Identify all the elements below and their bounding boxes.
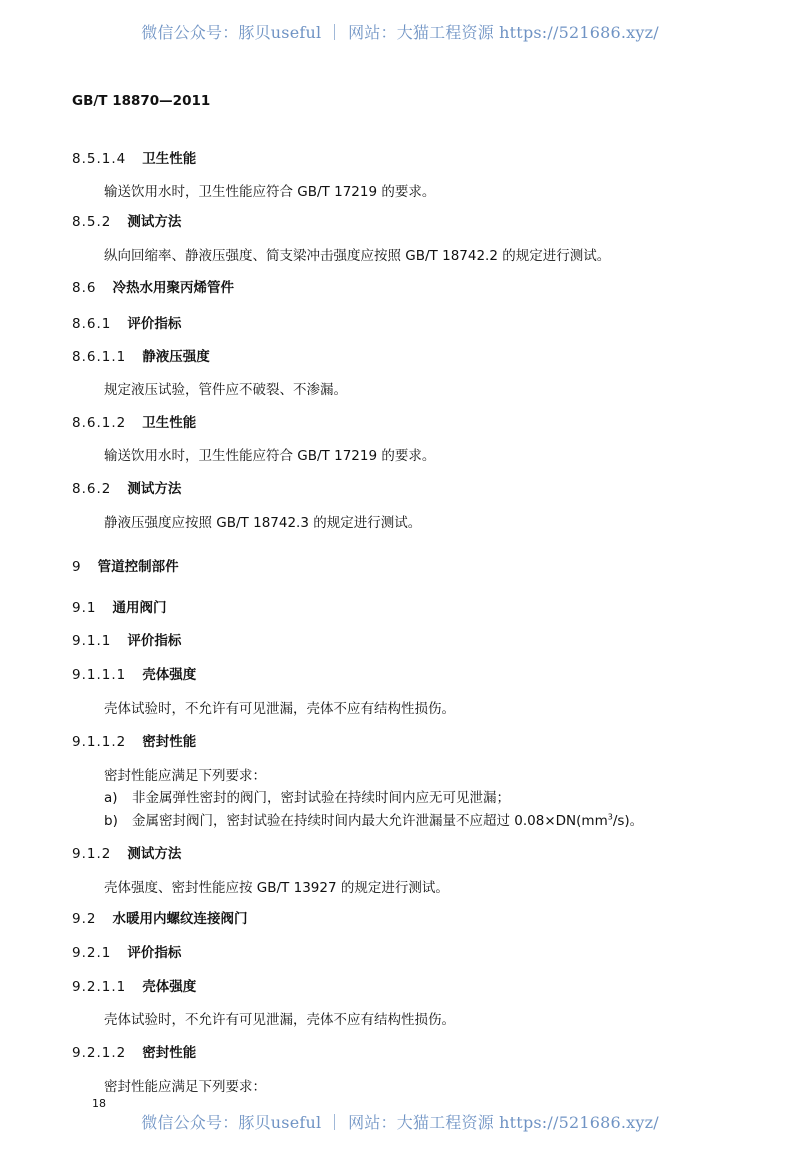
paragraph: 壳体试验时，不允许有可见泄漏，壳体不应有结构性损伤。: [104, 697, 455, 717]
section-heading: 8.6.1评价指标: [72, 312, 181, 332]
section-title: 管道控制部件: [98, 559, 179, 575]
section-heading: 8.5.1.4卫生性能: [72, 147, 196, 167]
section-number: 8.5.2: [72, 214, 111, 230]
section-title: 水暖用内螺纹连接阀门: [112, 911, 247, 927]
section-heading: 9.1通用阀门: [72, 596, 166, 616]
section-heading: 9.2.1评价指标: [72, 941, 181, 961]
section-title: 壳体强度: [142, 979, 196, 995]
standard-code: GB/T 18870—2011: [72, 93, 210, 109]
list-marker: b): [104, 813, 132, 829]
list-text: 非金属弹性密封的阀门，密封试验在持续时间内应无可见泄漏；: [132, 790, 510, 806]
section-heading: 8.6.1.1静液压强度: [72, 345, 210, 365]
list-item: b)金属密封阀门，密封试验在持续时间内最大允许泄漏量不应超过 0.08×DN(m…: [104, 809, 643, 829]
paragraph: 密封性能应满足下列要求：: [104, 1075, 266, 1095]
section-heading: 8.6.1.2卫生性能: [72, 411, 196, 431]
paragraph: 密封性能应满足下列要求：: [104, 764, 266, 784]
section-heading: 9.1.1.2密封性能: [72, 730, 196, 750]
section-number: 8.6.1.2: [72, 415, 126, 431]
section-number: 9.2.1.1: [72, 979, 126, 995]
section-heading: 9.2水暖用内螺纹连接阀门: [72, 907, 247, 927]
section-number: 8.6.2: [72, 481, 111, 497]
section-title: 评价指标: [127, 945, 181, 961]
list-text: 金属密封阀门，密封试验在持续时间内最大允许泄漏量不应超过 0.08×DN(mm: [132, 813, 608, 829]
section-title: 静液压强度: [142, 349, 210, 365]
section-number: 9.1.1.1: [72, 667, 126, 683]
section-title: 评价指标: [127, 633, 181, 649]
paragraph: 纵向回缩率、静液压强度、简支梁冲击强度应按照 GB/T 18742.2 的规定进…: [104, 244, 610, 264]
section-title: 冷热水用聚丙烯管件: [112, 280, 234, 296]
section-heading: 8.5.2测试方法: [72, 210, 181, 230]
section-heading: 8.6.2测试方法: [72, 477, 181, 497]
section-number: 9.2: [72, 911, 96, 927]
section-number: 8.6: [72, 280, 96, 296]
section-title: 测试方法: [127, 214, 181, 230]
paragraph: 输送饮用水时，卫生性能应符合 GB/T 17219 的要求。: [104, 180, 435, 200]
section-heading: 9.1.1评价指标: [72, 629, 181, 649]
section-title: 通用阀门: [112, 600, 166, 616]
section-number: 8.6.1.1: [72, 349, 126, 365]
section-heading: 9.1.1.1壳体强度: [72, 663, 196, 683]
section-number: 9.1.1: [72, 633, 111, 649]
section-number: 9.2.1: [72, 945, 111, 961]
section-title: 卫生性能: [142, 151, 196, 167]
page-number: 18: [92, 1097, 106, 1110]
paragraph: 输送饮用水时，卫生性能应符合 GB/T 17219 的要求。: [104, 444, 435, 464]
paragraph: 壳体试验时，不允许有可见泄漏，壳体不应有结构性损伤。: [104, 1008, 455, 1028]
section-number: 9.1.2: [72, 846, 111, 862]
section-title: 评价指标: [127, 316, 181, 332]
paragraph: 壳体强度、密封性能应按 GB/T 13927 的规定进行测试。: [104, 876, 449, 896]
list-marker: a): [104, 790, 132, 806]
section-title: 测试方法: [127, 481, 181, 497]
section-heading: 8.6冷热水用聚丙烯管件: [72, 276, 234, 296]
section-number: 9.1.1.2: [72, 734, 126, 750]
section-heading: 9管道控制部件: [72, 555, 179, 575]
section-title: 密封性能: [142, 1045, 196, 1061]
section-title: 壳体强度: [142, 667, 196, 683]
section-number: 9: [72, 559, 82, 575]
section-number: 9.1: [72, 600, 96, 616]
section-heading: 9.2.1.1壳体强度: [72, 975, 196, 995]
watermark-bottom: 微信公众号：豚贝useful ｜ 网站：大猫工程资源 https://52168…: [0, 1110, 800, 1133]
section-number: 8.6.1: [72, 316, 111, 332]
section-number: 8.5.1.4: [72, 151, 126, 167]
paragraph: 规定液压试验，管件应不破裂、不渗漏。: [104, 378, 347, 398]
section-heading: 9.2.1.2密封性能: [72, 1041, 196, 1061]
list-text-tail: /s)。: [613, 813, 643, 829]
list-item: a)非金属弹性密封的阀门，密封试验在持续时间内应无可见泄漏；: [104, 786, 510, 806]
section-title: 密封性能: [142, 734, 196, 750]
watermark-top: 微信公众号：豚贝useful ｜ 网站：大猫工程资源 https://52168…: [0, 20, 800, 43]
section-number: 9.2.1.2: [72, 1045, 126, 1061]
section-title: 卫生性能: [142, 415, 196, 431]
section-title: 测试方法: [127, 846, 181, 862]
section-heading: 9.1.2测试方法: [72, 842, 181, 862]
paragraph: 静液压强度应按照 GB/T 18742.3 的规定进行测试。: [104, 511, 421, 531]
